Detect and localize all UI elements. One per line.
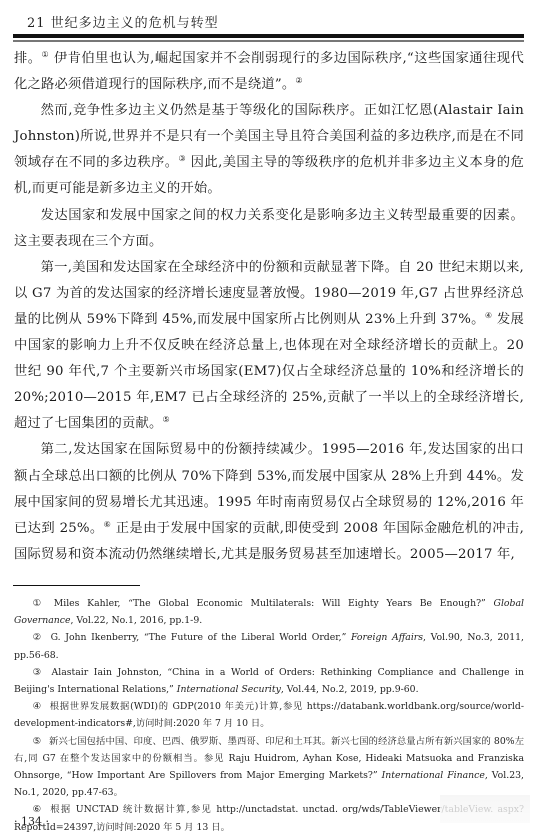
footnote-item: ⑤新兴七国包括中国、印度、巴西、俄罗斯、墨西哥、印尼和土耳其。新兴七国的经济总量… — [14, 733, 524, 802]
running-head-title: 21 世纪多边主义的危机与转型 — [27, 12, 219, 31]
footnote-number: ③ — [33, 667, 44, 678]
footnote-separator — [13, 585, 140, 586]
footnote-text: G. John Ikenberry, “The Future of the Li… — [51, 632, 351, 643]
body-text-run: 排。 — [14, 51, 42, 66]
body-paragraph: 发达国家和发展中国家之间的权力关系变化是影响多边主义转型最重要的因素。这主要表现… — [14, 203, 524, 255]
body-text: 排。① 伊肯伯里也认为,崛起国家并不会削弱现行的多边国际秩序,“这些国家通往现代… — [14, 46, 524, 568]
footnote-number: ⑤ — [33, 736, 41, 747]
body-paragraph: 排。① 伊肯伯里也认为,崛起国家并不会削弱现行的多边国际秩序,“这些国家通往现代… — [14, 46, 524, 98]
footnote-journal-title: International Finance — [382, 770, 485, 781]
footnote-number: ① — [33, 598, 46, 609]
footnote-text: , Vol.44, No.2, 2019, pp.9-60. — [281, 684, 419, 695]
body-text-run: 伊肯伯里也认为,崛起国家并不会削弱现行的多边国际秩序,“这些国家通往现代化之路必… — [14, 51, 524, 92]
footnote-text: Miles Kahler, “The Global Economic Multi… — [54, 598, 494, 609]
scan-smudge — [440, 795, 530, 823]
footnote-marker[interactable]: ⑤ — [162, 415, 169, 424]
footnote-journal-title: International Security — [177, 684, 281, 695]
footnote-number: ② — [33, 632, 43, 643]
footnote-item: ③Alastair Iain Johnston, “China in a Wor… — [14, 664, 524, 698]
body-paragraph: 第一,美国和发达国家在全球经济中的份额和贡献显著下降。自 20 世纪末期以来,以… — [14, 255, 524, 438]
footnote-marker[interactable]: ③ — [178, 154, 186, 163]
footnote-number: ④ — [33, 701, 42, 712]
footnote-item: ②G. John Ikenberry, “The Future of the L… — [14, 629, 524, 663]
footnote-marker[interactable]: ② — [295, 76, 302, 85]
footnote-journal-title: Foreign Affairs — [351, 632, 423, 643]
page-number: · 134 · — [14, 815, 49, 828]
footnote-item: ①Miles Kahler, “The Global Economic Mult… — [14, 595, 524, 629]
header-rule-thick — [13, 34, 524, 38]
footnote-text: 根据世界发展数据(WDI)的 GDP(2010 年美元)计算,参见 https:… — [14, 701, 524, 729]
body-text-run: 发达国家和发展中国家之间的权力关系变化是影响多边主义转型最重要的因素。这主要表现… — [14, 208, 524, 249]
header-rule-thin — [13, 40, 524, 42]
body-paragraph: 然而,竞争性多边主义仍然是基于等级化的国际秩序。正如江忆恩(Alastair I… — [14, 98, 524, 202]
footnote-number: ⑥ — [33, 804, 43, 815]
body-text-run: 第一,美国和发达国家在全球经济中的份额和贡献显著下降。自 20 世纪末期以来,以… — [14, 260, 524, 327]
body-paragraph: 第二,发达国家在国际贸易中的份额持续减少。1995—2016 年,发达国家的出口… — [14, 437, 524, 567]
footnote-item: ④根据世界发展数据(WDI)的 GDP(2010 年美元)计算,参见 https… — [14, 698, 524, 732]
footnote-text: , Vol.22, No.1, 2016, pp.1-9. — [70, 615, 202, 626]
body-text-run: 发展中国家的影响力上升不仅反映在经济总量上,也体现在对全球经济增长的贡献上。20… — [14, 312, 524, 431]
